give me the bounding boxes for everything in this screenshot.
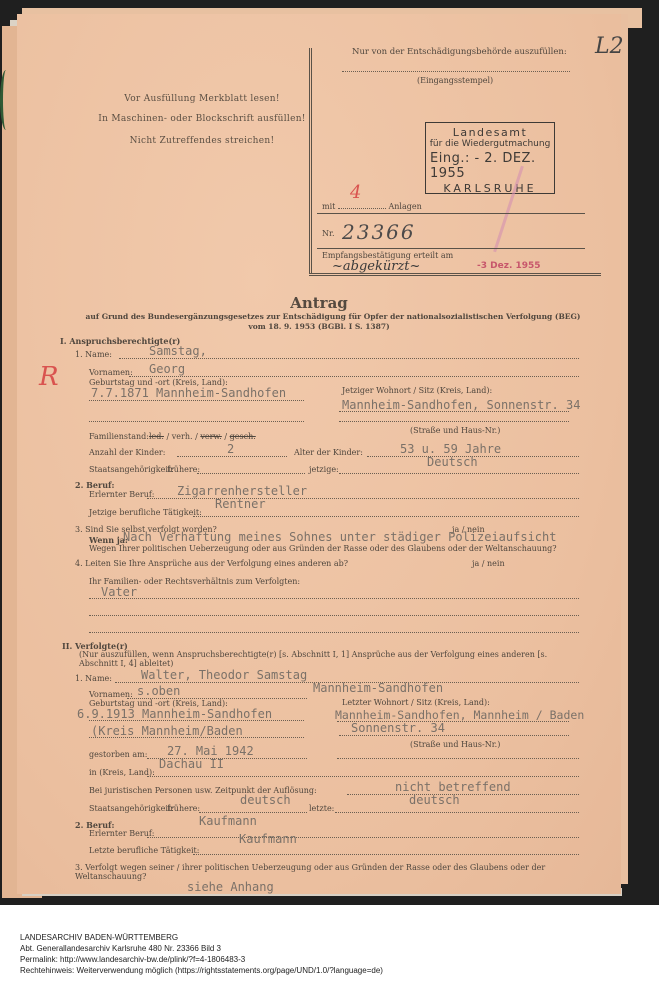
s1-job-learned-label: Erlernter Beruf: bbox=[89, 490, 155, 499]
nr-value: 23366 bbox=[342, 220, 416, 244]
option-verwitwet: verw. bbox=[200, 432, 222, 441]
s2-last-residence-value: Mannheim-Sandhofen, Mannheim / Baden bbox=[335, 708, 584, 722]
s2-birth-line-2 bbox=[89, 737, 304, 738]
s2-job-last-line bbox=[193, 854, 579, 855]
footer-reference: Abt. Generallandesarchiv Karlsruhe 480 N… bbox=[20, 943, 383, 954]
s1-children-label: Anzahl der Kinder: bbox=[89, 448, 165, 457]
s2-died-value: 27. Mai 1942 bbox=[167, 744, 254, 758]
binding-string bbox=[0, 70, 12, 130]
receipt-signature: ~abgekürzt~ bbox=[332, 259, 420, 274]
form-title: Antrag bbox=[17, 294, 621, 312]
s2-birth-value-2: (Kreis Mannheim/Baden bbox=[91, 724, 243, 738]
s1-name-line bbox=[119, 358, 579, 359]
stamp-caption: (Eingangsstempel) bbox=[417, 76, 493, 85]
s1-birth-line bbox=[89, 400, 304, 401]
s2-job-learned-label: Erlernter Beruf: bbox=[89, 829, 155, 838]
s1-q4-label: 4. Leiten Sie Ihre Ansprüche aus der Ver… bbox=[75, 559, 348, 568]
s1-citizenship-current-line bbox=[339, 473, 579, 474]
s1-street-line bbox=[339, 421, 569, 422]
s2-citizenship-last-value: deutsch bbox=[409, 793, 460, 807]
annex-suffix: Anlagen bbox=[388, 202, 421, 211]
s1-job-current-line bbox=[193, 516, 579, 517]
footer-permalink[interactable]: Permalink: http://www.landesarchiv-bw.de… bbox=[20, 954, 383, 965]
instruction-1: Vor Ausfüllung Merkblatt lesen! bbox=[77, 94, 327, 104]
s1-vornamen-value: Georg bbox=[149, 362, 185, 376]
annex-label: mit Anlagen bbox=[322, 202, 422, 211]
s1-children-age-label: Alter der Kinder: bbox=[294, 448, 363, 457]
s1-family-label: Familienstand: bbox=[89, 432, 149, 441]
office-heading: Nur von der Entschädigungsbehörde auszuf… bbox=[352, 47, 567, 57]
s2-name-extra: Mannheim-Sandhofen bbox=[313, 681, 443, 695]
s1-job-current-value: Rentner bbox=[215, 497, 266, 511]
s1-citizenship-former-line bbox=[197, 473, 305, 474]
divider bbox=[317, 248, 585, 249]
section2-note: (Nur auszufüllen, wenn Anspruchsberechti… bbox=[79, 650, 579, 668]
s1-citizenship-current-value: Deutsch bbox=[427, 455, 478, 469]
form-subtitle-1: auf Grund des Bundesergänzungsgesetzes z… bbox=[55, 312, 611, 321]
s2-died-place-value: Dachau II bbox=[159, 757, 224, 771]
s2-died-place-label: in (Kreis, Land): bbox=[89, 768, 155, 777]
s1-relation-line-3 bbox=[89, 632, 579, 633]
s2-citizenship-label: Staatsangehörigkeit: bbox=[89, 804, 174, 813]
option-verheiratet: verh. bbox=[172, 432, 193, 441]
stamp-date: Eing.: - 2. DEZ. 1955 bbox=[426, 151, 554, 181]
receipt-stamp: Landesamt für die Wiedergutmachung Eing.… bbox=[425, 122, 555, 194]
s1-birth-line-2 bbox=[89, 421, 304, 422]
s2-last-residence-value-2: Sonnenstr. 34 bbox=[351, 721, 445, 735]
annex-count: 4 bbox=[350, 182, 361, 203]
s1-residence-value: Mannheim-Sandhofen, Sonnenstr. 34 bbox=[342, 398, 580, 412]
s1-job-learned-value: Zigarrenhersteller bbox=[177, 484, 307, 498]
stamp-line-2: für die Wiedergutmachung bbox=[426, 139, 554, 149]
s2-name-value: Walter, Theodor Samstag bbox=[141, 668, 307, 682]
annex-prefix: mit bbox=[322, 202, 335, 211]
s2-died-place-line bbox=[147, 776, 579, 777]
s2-name-label: 1. Name: bbox=[75, 674, 112, 683]
stamp-line-1: Landesamt bbox=[426, 126, 554, 139]
corner-mark: L2 bbox=[595, 34, 624, 59]
stamp-line bbox=[342, 71, 570, 72]
s2-citizenship-last-label: letzte: bbox=[309, 804, 334, 813]
s2-q3-value: siehe Anhang bbox=[187, 880, 274, 894]
s1-citizenship-current-label: jetzige: bbox=[309, 465, 339, 474]
form-subtitle-2: vom 18. 9. 1953 (BGBl. I S. 1387) bbox=[17, 322, 621, 331]
s2-job-last-value: Kaufmann bbox=[239, 832, 297, 846]
instruction-2: In Maschinen- oder Blockschrift ausfülle… bbox=[77, 114, 327, 124]
s1-residence-line bbox=[339, 411, 569, 412]
nr-label: Nr. bbox=[322, 229, 335, 238]
s2-vornamen-value: s.oben bbox=[137, 684, 180, 698]
s2-q3-label: 3. Verfolgt wegen seiner / ihrer politis… bbox=[75, 863, 585, 881]
office-box-border bbox=[309, 48, 312, 274]
footer-rights[interactable]: Rechtehinweis: Weiterverwendung möglich … bbox=[20, 965, 383, 976]
form-page: Vor Ausfüllung Merkblatt lesen! In Masch… bbox=[17, 14, 621, 894]
s1-children-value: 2 bbox=[227, 442, 234, 456]
option-ledig: led. bbox=[149, 432, 164, 441]
s1-family-options: led. / verh. / verw. / gesch. bbox=[149, 432, 256, 441]
s2-job-learned-value: Kaufmann bbox=[199, 814, 257, 828]
s2-citizenship-former-label: frühere: bbox=[167, 804, 200, 813]
s1-birth-value: 7.7.1871 Mannheim-Sandhofen bbox=[91, 386, 286, 400]
s1-name-value: Samstag, bbox=[149, 344, 207, 358]
s1-children-age-value: 53 u. 59 Jahre bbox=[400, 442, 501, 456]
s2-citizenship-last-line bbox=[335, 812, 579, 813]
s2-died-label: gestorben am: bbox=[89, 750, 147, 759]
s2-died-line-right bbox=[337, 758, 579, 759]
divider bbox=[317, 213, 585, 214]
s1-q3-reason-label: Wegen Ihrer politischen Ueberzeugung ode… bbox=[89, 544, 589, 553]
s1-relation-line-2 bbox=[89, 615, 579, 616]
s1-name-label: 1. Name: bbox=[75, 350, 112, 359]
margin-mark-r: R bbox=[39, 362, 59, 392]
s1-q4-answer: ja / nein bbox=[472, 559, 505, 568]
s1-job-learned-line bbox=[147, 498, 579, 499]
s2-street-caption: (Straße und Haus-Nr.) bbox=[410, 740, 500, 749]
s1-citizenship-label: Staatsangehörigkeit: bbox=[89, 465, 174, 474]
s2-street-line bbox=[339, 735, 569, 736]
s2-legal-value: nicht betreffend bbox=[395, 780, 511, 794]
s2-job-last-label: Letzte berufliche Tätigkeit: bbox=[89, 846, 199, 855]
s1-job-current-label: Jetzige berufliche Tätigkeit: bbox=[89, 508, 202, 517]
receipt-date-stamp: -3 Dez. 1955 bbox=[477, 261, 541, 271]
s2-last-residence-label: Letzter Wohnort / Sitz (Kreis, Land): bbox=[342, 698, 490, 707]
annex-dots bbox=[338, 208, 386, 209]
page-edge bbox=[620, 14, 628, 884]
s2-birth-value: 6.9.1913 Mannheim-Sandhofen bbox=[77, 707, 272, 721]
s2-job-learned-line bbox=[147, 837, 579, 838]
s1-vornamen-line bbox=[129, 376, 579, 377]
s1-street-caption: (Straße und Haus-Nr.) bbox=[410, 426, 500, 435]
instruction-3: Nicht Zutreffendes streichen! bbox=[77, 136, 327, 146]
s1-residence-label: Jetziger Wohnort / Sitz (Kreis, Land): bbox=[342, 386, 492, 395]
archive-footer: LANDESARCHIV BADEN-WÜRTTEMBERG Abt. Gene… bbox=[20, 932, 383, 976]
s1-relation-line-1 bbox=[89, 598, 579, 599]
option-geschieden: gesch. bbox=[230, 432, 256, 441]
s1-q3-if-yes-value: Nach Verhaftung meines Sohnes unter städ… bbox=[123, 530, 556, 544]
s1-children-line bbox=[177, 456, 287, 457]
s1-citizenship-former-label: frühere: bbox=[167, 465, 200, 474]
s1-job-heading: 2. Beruf: bbox=[75, 480, 114, 490]
footer-archive-name: LANDESARCHIV BADEN-WÜRTTEMBERG bbox=[20, 932, 383, 943]
stamp-city: KARLSRUHE bbox=[426, 182, 554, 195]
s2-citizenship-former-value: deutsch bbox=[240, 793, 291, 807]
s1-vornamen-label: Vornamen: bbox=[89, 368, 133, 377]
s1-relation-value: Vater bbox=[101, 585, 137, 599]
s2-birth-line bbox=[89, 720, 304, 721]
s2-legal-line bbox=[347, 794, 579, 795]
s2-citizenship-former-line bbox=[199, 812, 307, 813]
